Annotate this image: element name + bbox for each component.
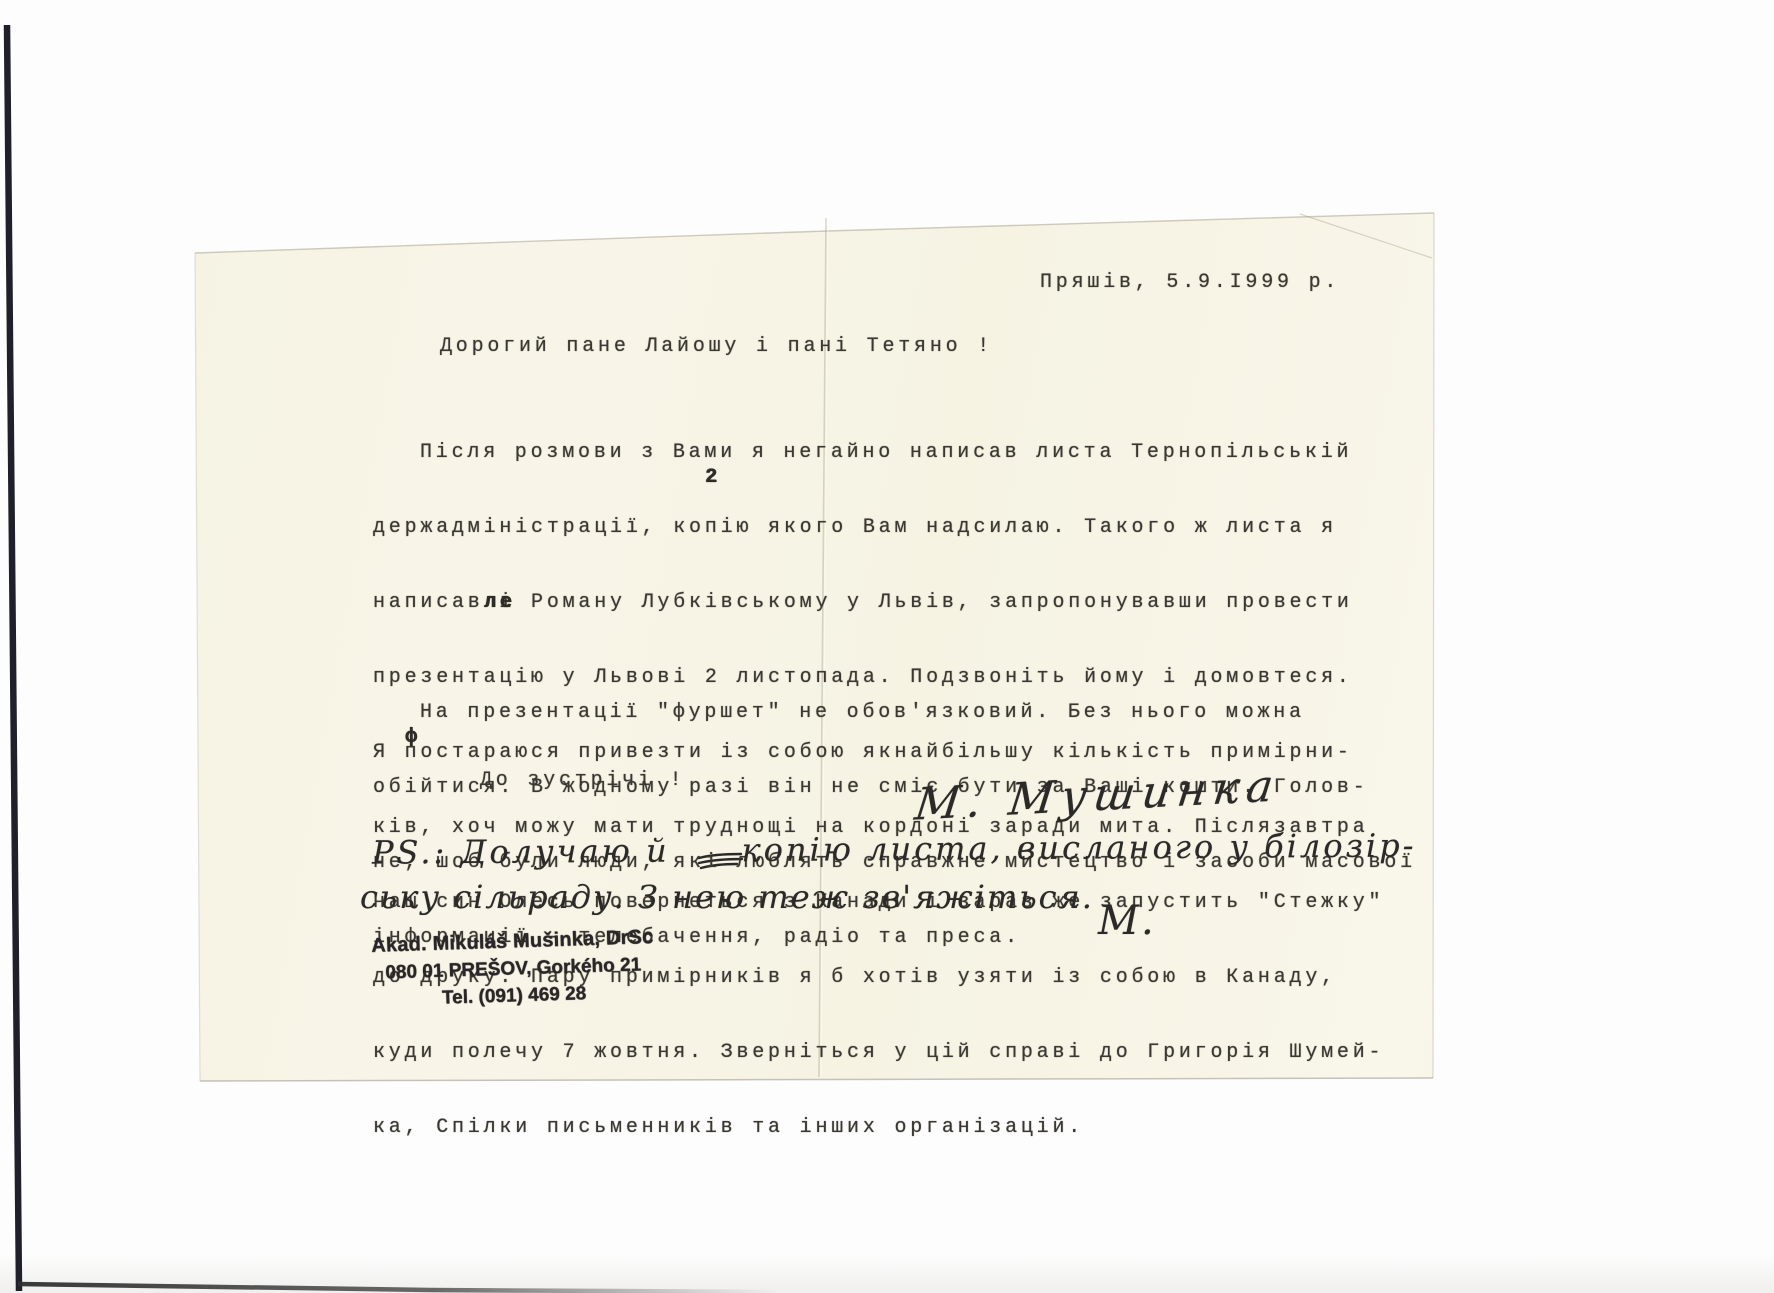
date-line: Пряшів, 5.9.І999 р. <box>1040 270 1340 295</box>
overstrike-letters: ле <box>484 590 516 615</box>
overstrike-day: 2 <box>705 465 721 490</box>
paragraph-line: Після розмови з Вами я негайно написав л… <box>373 440 1384 465</box>
ps-initial: М. <box>1098 898 1156 944</box>
sender-stamp: Akad. Mikuláš Mušinka, DrSc 080 01 PREŠO… <box>366 924 660 1014</box>
paragraph-line: написав і Роману Лубківському у Львів, з… <box>373 590 1384 615</box>
paragraph-line: На презентації "фуршет" не обов'язковий.… <box>373 700 1416 725</box>
crossed-out-word <box>684 839 728 857</box>
closing-line: До зустрічі ! <box>480 768 685 793</box>
overstrike-f: ф <box>405 725 421 750</box>
paragraph-line: держадміністрації, копію якого Вам надси… <box>373 515 1384 540</box>
scanner-bottom-line <box>18 1284 780 1292</box>
salutation: Дорогий пане Лайошу і пані Тетяно ! <box>440 334 993 359</box>
ps-prefix: PS.: Долучаю й <box>372 832 670 872</box>
ps-line2: ську сільраду. З нею теж зв'яжіться. <box>360 878 1094 916</box>
ps-rest: копію листа, висланого у білозір- <box>741 826 1416 869</box>
paragraph-line: куди полечу 7 жовтня. Зверніться у цій с… <box>373 1040 1384 1065</box>
paragraph-line: ка, Спілки письменників та інших організ… <box>373 1115 1384 1140</box>
ps-note: PS.: Долучаю й копію листа, висланого у … <box>372 826 1417 871</box>
scanner-edge-strip <box>7 25 19 1291</box>
scan-background: { "letter": { "date_line": "Пряшів, 5.9.… <box>0 0 1774 1293</box>
